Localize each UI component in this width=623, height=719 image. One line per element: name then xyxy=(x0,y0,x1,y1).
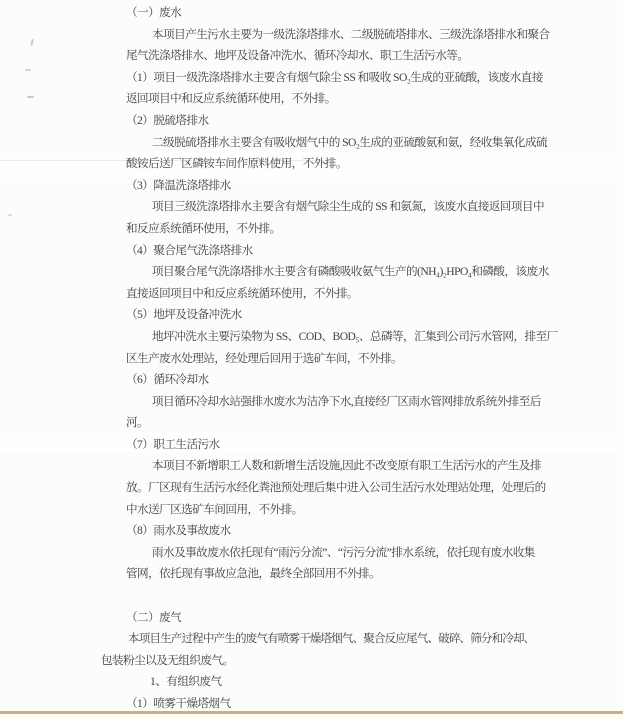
text-line-num-31: 1、有组织废气 xyxy=(150,671,623,693)
text-line-h1-14: （5）地坪及设备冲洗水 xyxy=(126,304,623,326)
document-text-block: （一）废水本项目产生污水主要为一级洗涤塔排水、二级脱硫塔排水、三级洗涤塔排水和聚… xyxy=(0,0,623,715)
text-line-cont-23: 中水送厂区选矿车间回用，不外排。 xyxy=(126,499,623,521)
text-line-cont-26: 管网，依托现有事故应急池，最终全部回用不外排。 xyxy=(126,563,623,585)
text-line-first-6: 二级脱硫塔排水主要含有吸收烟气中的 SO₂生成的亚硫酸氨和氨，经收集氧化成硫 xyxy=(152,132,623,154)
text-line-wcont-30: 包装粉尘以及无组织废气。 xyxy=(101,650,623,672)
text-line-h1-5: （2）脱硫塔排水 xyxy=(126,110,623,132)
page-bottom-margin xyxy=(0,714,623,719)
text-line-h1-17: （6）循环冷却水 xyxy=(126,369,623,391)
text-line-cont-16: 区生产废水处理站，经处理后回用于选矿车间，不外排。 xyxy=(126,348,623,370)
text-line-first-15: 地坪冲洗水主要污染物为 SS、COD、BOD₅、总磷等，汇集到公司污水管网，排至… xyxy=(152,326,623,348)
text-line-first-1: 本项目产生污水主要为一级洗涤塔排水、二级脱硫塔排水、三级洗涤塔排水和聚合 xyxy=(152,24,623,46)
text-line-first-21: 本项目不新增职工人数和新增生活设施,因此不改变原有职工生活污水的产生及排 xyxy=(152,455,623,477)
text-line-h1-11: （4）聚合尾气洗涤塔排水 xyxy=(126,240,623,262)
text-line-cont-7: 酸铵后送厂区磷铵车间作原料使用，不外排。 xyxy=(126,153,623,175)
text-line-cont-13: 直接返回项目中和反应系统循环使用，不外排。 xyxy=(126,283,623,305)
text-line-h1-8: （3）降温洗涤塔排水 xyxy=(126,175,623,197)
text-line-cont-10: 和反应系统循环使用，不外排。 xyxy=(126,218,623,240)
text-line-h1-24: （8）雨水及事故废水 xyxy=(126,520,623,542)
text-line-cont-19: 河。 xyxy=(126,412,623,434)
document-page: （一）废水本项目产生污水主要为一级洗涤塔排水、二级脱硫塔排水、三级洗涤塔排水和聚… xyxy=(0,0,623,719)
text-line-cont-22: 放。厂区现有生活污水经化粪池预处理后集中进入公司生活污水处理站处理，处理后的 xyxy=(126,477,623,499)
text-line-h1-0: （一）废水 xyxy=(126,2,623,24)
text-line-wfirst-29: 本项目生产过程中产生的废气有喷雾干燥塔烟气、聚合反应尾气、破碎、筛分和冷却、 xyxy=(128,628,623,650)
text-line-cont-4: 返回项目中和反应系统循环使用，不外排。 xyxy=(126,88,623,110)
text-line-cont-2: 尾气洗涤塔排水、地坪及设备冲洗水、循环冷却水、职工生活污水等。 xyxy=(126,45,623,67)
text-line-first-12: 项目聚合尾气洗涤塔排水主要含有磷酸吸收氨气生产的(NH₄)₂HPO₄和磷酸，该废… xyxy=(152,261,623,283)
text-line-h1-20: （7）职工生活污水 xyxy=(126,434,623,456)
text-line-h1-28: （二）废气 xyxy=(126,607,623,629)
text-line-first-25: 雨水及事故废水依托现有“雨污分流”、“污污分流”排水系统，依托现有废水收集 xyxy=(152,542,623,564)
text-line-h1-3: （1）项目一级洗涤塔排水主要含有烟气除尘 SS 和吸收 SO₂生成的亚硫酸，该废… xyxy=(126,67,623,89)
text-line-first-18: 项目循环冷却水站强排水废水为洁净下水,直接经厂区雨水管网排放系统外排至后 xyxy=(152,391,623,413)
text-line-blank-27 xyxy=(0,585,623,607)
text-line-first-9: 项目三级洗涤塔排水主要含有烟气除尘生成的 SS 和氨氮，该废水直接返回项目中 xyxy=(152,196,623,218)
